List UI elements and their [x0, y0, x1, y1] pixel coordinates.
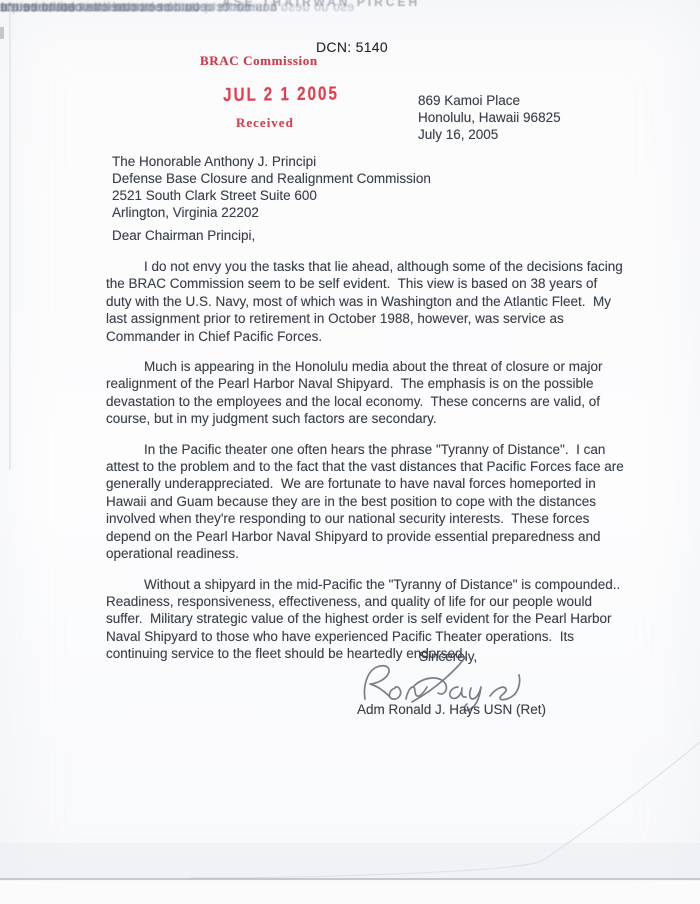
recipient-address: The Honorable Anthony J. Principi Defens…	[112, 153, 431, 221]
paragraph: Much is appearing in the Honolulu media …	[106, 358, 624, 428]
address-line: July 16, 2005	[418, 126, 561, 143]
salutation: Dear Chairman Principi,	[112, 228, 255, 243]
received-label: Received	[236, 115, 294, 131]
address-line: Defense Base Closure and Realignment Com…	[112, 170, 431, 187]
dcn-label: DCN: 5140	[316, 39, 388, 55]
brac-commission-stamp: BRAC Commission	[200, 53, 318, 69]
letter-body: I do not envy you the tasks that lie ahe…	[106, 258, 624, 676]
address-line: 869 Kamoi Place	[418, 92, 561, 109]
address-line: 2521 South Clark Street Suite 600	[112, 187, 431, 204]
paragraph: I do not envy you the tasks that lie ahe…	[106, 258, 624, 345]
bleed-through-line: eso uo uesu ceuose ecot u coc eetcoue t …	[0, 0, 354, 14]
signer-name: Adm Ronald J. Hays USN (Ret)	[357, 702, 546, 717]
address-line: Arlington, Virginia 22202	[112, 204, 431, 221]
scanned-letter-page: ASE THAIRWAN PIRCEH DCN: 5140 BRAC Commi…	[0, 0, 700, 904]
address-line: The Honorable Anthony J. Principi	[112, 153, 431, 170]
received-date-stamp: JUL 2 1 2005	[223, 83, 339, 107]
address-line: Honolulu, Hawaii 96825	[418, 109, 561, 126]
paragraph: In the Pacific theater one often hears t…	[106, 441, 624, 563]
sender-address: 869 Kamoi Place Honolulu, Hawaii 96825 J…	[418, 92, 561, 143]
paragraph: Without a shipyard in the mid-Pacific th…	[106, 576, 624, 663]
